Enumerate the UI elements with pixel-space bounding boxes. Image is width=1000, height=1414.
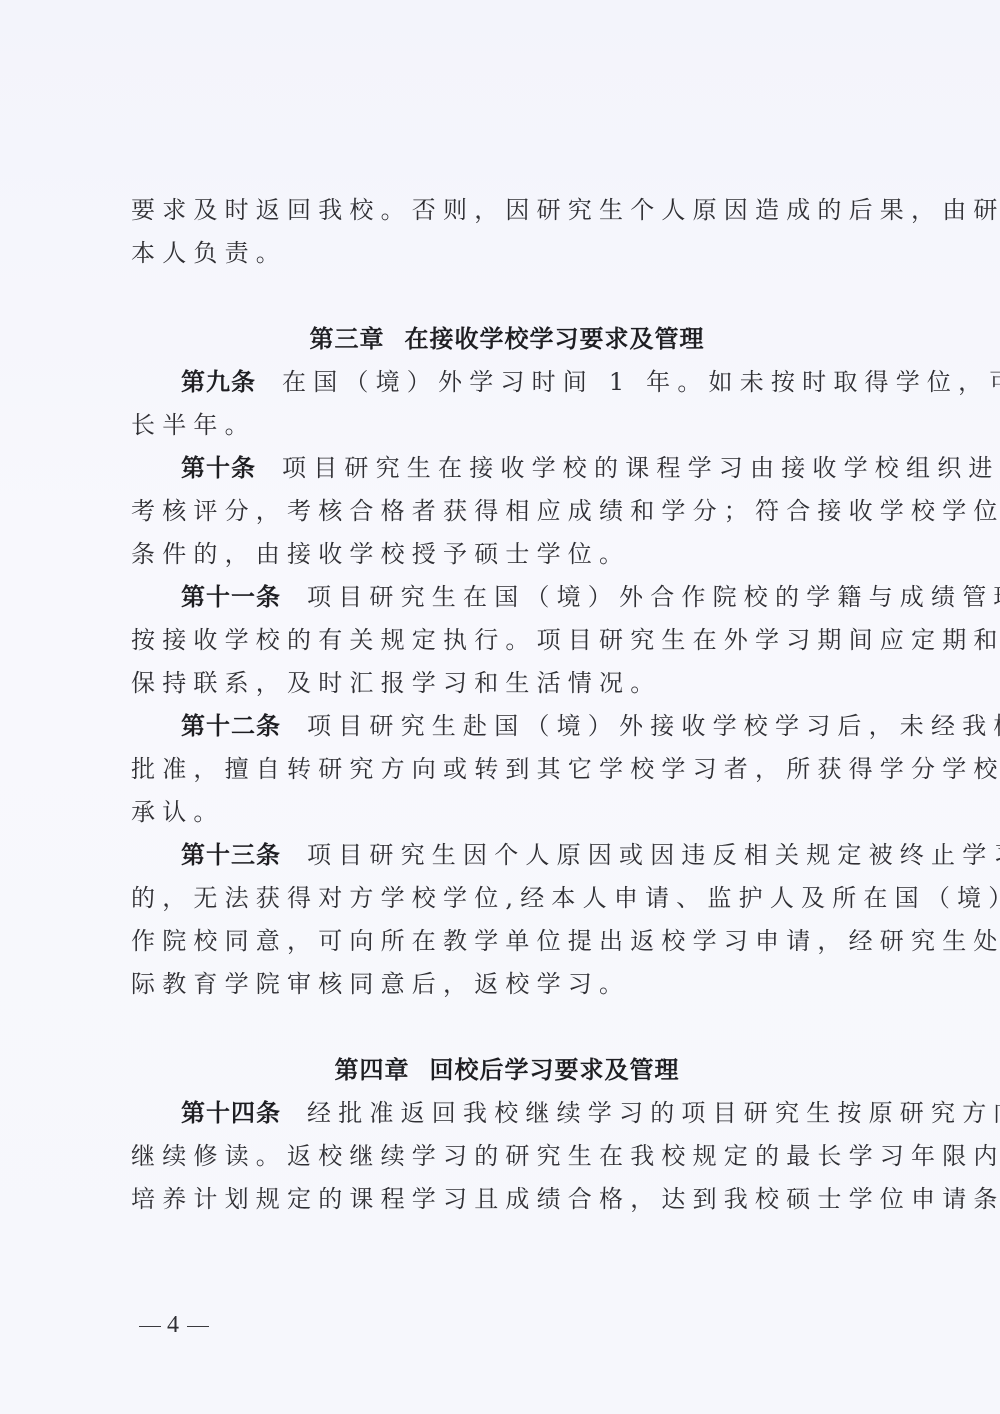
paragraph-line: 培养计划规定的课程学习且成绩合格，达到我校硕士学位申请条件的， (131, 1178, 883, 1221)
article-9: 第九条在国（境）外学习时间 1 年。如未按时取得学位，可延 长半年。 (131, 361, 883, 447)
article-first-line: 第十四条经批准返回我校继续学习的项目研究生按原研究方向 (131, 1092, 883, 1135)
paragraph-line: 继续修读。返校继续学习的研究生在我校规定的最长学习年限内完成 (131, 1135, 883, 1178)
paragraph-line: 条件的，由接收学校授予硕士学位。 (131, 533, 883, 576)
paragraph-line: 考核评分，考核合格者获得相应成绩和学分；符合接收学校学位授予 (131, 490, 883, 533)
article-first-line: 第十一条项目研究生在国（境）外合作院校的学籍与成绩管理， (131, 576, 883, 619)
article-first-line: 第九条在国（境）外学习时间 1 年。如未按时取得学位，可延 (131, 361, 883, 404)
chapter-title: 回校后学习要求及管理 (430, 1056, 680, 1084)
article-first-line: 第十二条项目研究生赴国（境）外接收学校学习后，未经我校 (131, 705, 883, 748)
article-11: 第十一条项目研究生在国（境）外合作院校的学籍与成绩管理， 按接收学校的有关规定执… (131, 576, 883, 705)
paragraph-line: 要求及时返回我校。否则，因研究生个人原因造成的后果，由研究生 (131, 189, 883, 232)
page-number-value: 4 (167, 1312, 181, 1338)
dash-right (187, 1326, 209, 1328)
article-label: 第十二条 (181, 712, 281, 740)
article-label: 第十条 (181, 454, 256, 482)
paragraph-line: 本人负责。 (131, 232, 883, 275)
chapter-heading-4: 第四章回校后学习要求及管理 (131, 1049, 883, 1092)
spacer (131, 1006, 883, 1049)
article-text: 项目研究生赴国（境）外接收学校学习后，未经我校 (307, 712, 1000, 740)
spacer (131, 275, 883, 318)
article-14: 第十四条经批准返回我校继续学习的项目研究生按原研究方向 继续修读。返校继续学习的… (131, 1092, 883, 1221)
continuation-paragraph: 要求及时返回我校。否则，因研究生个人原因造成的后果，由研究生 本人负责。 (131, 189, 883, 275)
paragraph-line: 际教育学院审核同意后，返校学习。 (131, 963, 883, 1006)
article-first-line: 第十条项目研究生在接收学校的课程学习由接收学校组织进行 (131, 447, 883, 490)
article-13: 第十三条项目研究生因个人原因或因违反相关规定被终止学习 的，无法获得对方学校学位… (131, 834, 883, 1006)
paragraph-line: 按接收学校的有关规定执行。项目研究生在外学习期间应定期和学校 (131, 619, 883, 662)
article-12: 第十二条项目研究生赴国（境）外接收学校学习后，未经我校 批准，擅自转研究方向或转… (131, 705, 883, 834)
article-label: 第十三条 (181, 841, 281, 869)
paragraph-line: 保持联系，及时汇报学习和生活情况。 (131, 662, 883, 705)
article-label: 第九条 (181, 368, 256, 396)
chapter-heading-3: 第三章在接收学校学习要求及管理 (131, 318, 883, 361)
document-page: 要求及时返回我校。否则，因研究生个人原因造成的后果，由研究生 本人负责。 第三章… (0, 0, 1000, 1414)
paragraph-line: 作院校同意，可向所在教学单位提出返校学习申请，经研究生处和国 (131, 920, 883, 963)
article-first-line: 第十三条项目研究生因个人原因或因违反相关规定被终止学习 (131, 834, 883, 877)
article-text: 项目研究生因个人原因或因违反相关规定被终止学习 (307, 841, 1000, 869)
chapter-title: 在接收学校学习要求及管理 (405, 325, 705, 353)
article-text: 项目研究生在国（境）外合作院校的学籍与成绩管理， (307, 583, 1000, 611)
chapter-number: 第三章 (310, 325, 385, 353)
article-text: 经批准返回我校继续学习的项目研究生按原研究方向 (307, 1099, 1000, 1127)
dash-left (139, 1326, 161, 1328)
chapter-number: 第四章 (335, 1056, 410, 1084)
page-content: 要求及时返回我校。否则，因研究生个人原因造成的后果，由研究生 本人负责。 第三章… (131, 189, 883, 1221)
article-label: 第十一条 (181, 583, 281, 611)
article-text: 在国（境）外学习时间 1 年。如未按时取得学位，可延 (282, 368, 1000, 396)
article-10: 第十条项目研究生在接收学校的课程学习由接收学校组织进行 考核评分，考核合格者获得… (131, 447, 883, 576)
paragraph-line: 批准，擅自转研究方向或转到其它学校学习者，所获得学分学校不予 (131, 748, 883, 791)
article-label: 第十四条 (181, 1099, 281, 1127)
page-number: 4 (133, 1312, 215, 1339)
paragraph-line: 的，无法获得对方学校学位,经本人申请、监护人及所在国（境）外合 (131, 877, 883, 920)
article-text: 项目研究生在接收学校的课程学习由接收学校组织进行 (282, 454, 1000, 482)
paragraph-line: 长半年。 (131, 404, 883, 447)
paragraph-line: 承认。 (131, 791, 883, 834)
